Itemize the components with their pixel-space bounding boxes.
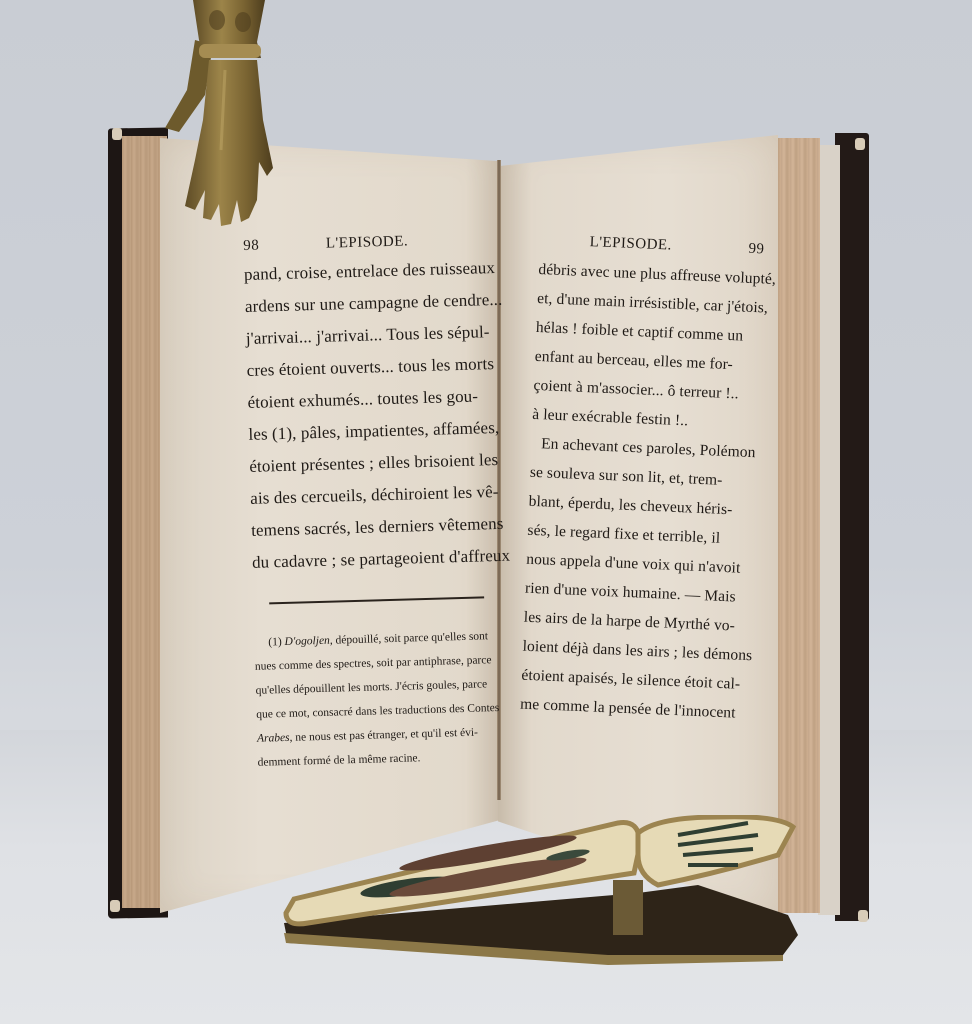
book-photo: 98 L'EPISODE. pand, croise, entrelace de…	[0, 0, 972, 1024]
right-page-text: L'EPISODE. 99 débris avec une plus affre…	[520, 232, 740, 727]
left-body: pand, croise, entrelace des ruisseaux ar…	[244, 252, 493, 579]
book-cover-right	[835, 133, 869, 921]
running-title: L'EPISODE.	[589, 234, 672, 254]
cover-corner-wear	[855, 138, 865, 150]
footnote-marker: (1)	[268, 636, 282, 648]
enamel-fish-clip-icon	[278, 815, 808, 965]
footnote-text: , dépouillé, soit parce qu'elles sont	[330, 630, 489, 646]
right-body: débris avec une plus affreuse volupté, e…	[520, 255, 739, 727]
left-page-text: 98 L'EPISODE. pand, croise, entrelace de…	[243, 231, 498, 774]
flyleaf-right	[818, 145, 840, 915]
page-number: 99	[748, 241, 765, 259]
footnote-text: , ne nous est pas étranger, et qu'il est…	[289, 727, 478, 744]
page-number: 98	[243, 238, 259, 255]
text-line: du cadavre ; se partageoient d'affreux	[252, 540, 493, 579]
footnote-italic-word: Arabes	[257, 732, 290, 745]
page-edges-right	[772, 138, 820, 913]
cover-corner-wear	[858, 910, 868, 922]
brass-hand-clip-icon	[165, 0, 275, 228]
running-title: L'EPISODE.	[326, 233, 409, 252]
footnote-term: D'ogoljen	[284, 635, 330, 648]
cover-corner-wear	[112, 128, 122, 140]
left-running-head: 98 L'EPISODE.	[243, 233, 408, 255]
cover-corner-wear	[110, 900, 120, 912]
footnote: (1) D'ogoljen, dépouillé, soit parce qu'…	[254, 624, 498, 775]
footnote-rule	[269, 596, 484, 604]
